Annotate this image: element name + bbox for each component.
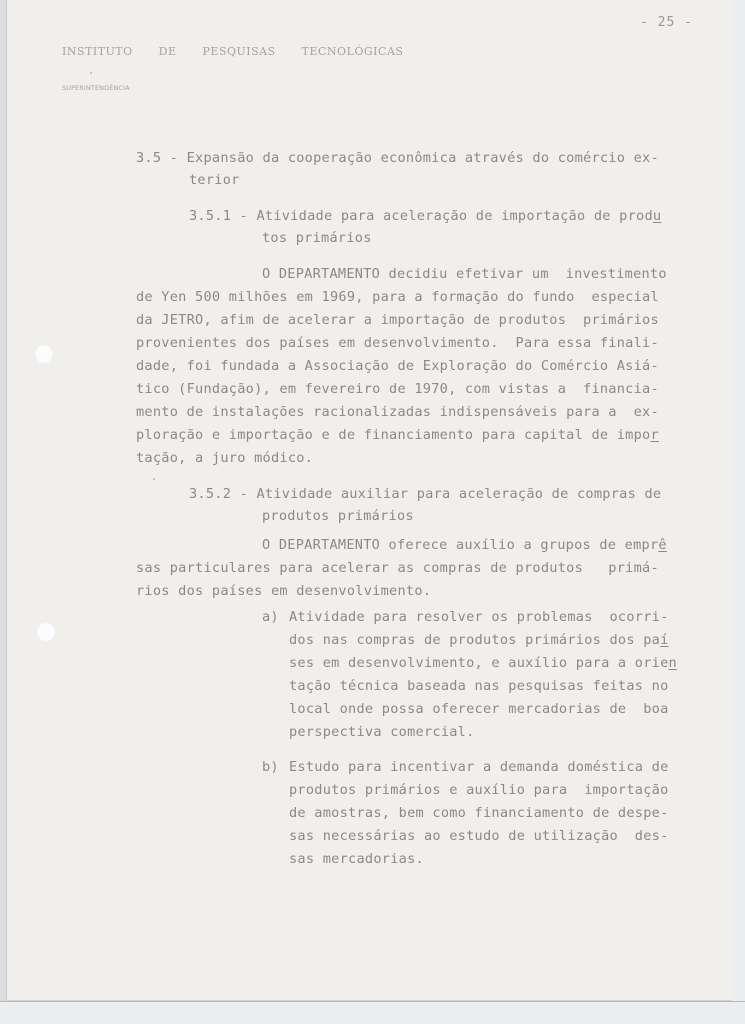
paragraph-line: O DEPARTAMENTO decidiu efetivar um inves…: [262, 266, 667, 282]
scan-edge-left: [0, 0, 7, 1024]
list-item-b-line: produtos primários e auxílio para import…: [289, 782, 669, 798]
page-number: - 25 -: [640, 15, 693, 30]
list-item-b-line: Estudo para incentivar a demanda domésti…: [289, 759, 669, 775]
list-item-a-line: dos nas compras de produtos primários do…: [289, 632, 669, 648]
letterhead-subtitle: SUPERINTENDÊNCIA: [62, 84, 130, 92]
punch-hole-bottom: [36, 622, 56, 642]
list-item-b-line: de amostras, bem como financiamento de d…: [289, 805, 669, 821]
stray-mark: [153, 478, 155, 480]
list-item-a-line: perspectiva comercial.: [289, 724, 475, 740]
paragraph-line: ploração e importação e de financiamento…: [136, 427, 659, 443]
letterhead-word: PESQUISAS: [203, 45, 276, 58]
list-item-b-line: sas necessárias ao estudo de utilização …: [289, 828, 669, 844]
letterhead-title: INSTITUTO DE PESQUISAS TECNOLÓGICAS: [62, 45, 425, 58]
section-3-5-1-heading: 3.5.1 - Atividade para aceleração de imp…: [189, 208, 661, 224]
stray-mark: [90, 72, 92, 74]
paragraph-text: ploração e importação e de financiamento…: [136, 427, 650, 443]
section-3-5-heading-cont: terior: [189, 172, 240, 188]
letterhead-word: DE: [159, 45, 177, 58]
paragraph-line: provenientes dos países em desenvolvimen…: [136, 335, 659, 351]
paragraph-line: dade, foi fundada a Associação de Explor…: [136, 358, 659, 374]
paragraph-line: rios dos países em desenvolvimento.: [136, 583, 431, 599]
letterhead-word: INSTITUTO: [62, 45, 133, 58]
paragraph-line: mento de instalações racionalizadas indi…: [136, 404, 659, 420]
scan-edge-right: [732, 0, 745, 1024]
list-item-text: dos nas compras de produtos primários do…: [289, 632, 660, 648]
scan-edge-bottom: [0, 1001, 745, 1024]
list-item-a-line: tação técnica baseada nas pesquisas feit…: [289, 678, 669, 694]
paragraph-line: tação, a juro módico.: [136, 450, 313, 466]
section-3-5-2-heading-cont: produtos primários: [262, 508, 414, 524]
underlined-char: u: [653, 208, 661, 224]
paragraph-text: O DEPARTAMENTO oferece auxílio a grupos …: [262, 537, 658, 553]
paragraph-line: O DEPARTAMENTO oferece auxílio a grupos …: [262, 537, 667, 553]
punch-hole-top: [34, 344, 54, 364]
heading-text: 3.5.1 - Atividade para aceleração de imp…: [189, 208, 653, 224]
list-item-text: ses em desenvolvimento, e auxílio para a…: [289, 655, 669, 671]
list-item-a-line: local onde possa oferecer mercadorias de…: [289, 701, 669, 717]
paragraph-line: sas particulares para acelerar as compra…: [136, 560, 659, 576]
list-item-a-marker: a): [262, 609, 279, 625]
letterhead-word: TECNOLÓGICAS: [302, 45, 404, 58]
section-3-5-2-heading: 3.5.2 - Atividade auxiliar para aceleraç…: [189, 486, 661, 502]
list-item-b-line: sas mercadorias.: [289, 851, 424, 867]
underlined-char: n: [669, 655, 677, 671]
section-3-5-heading: 3.5 - Expansão da cooperação econômica a…: [136, 150, 659, 166]
underlined-char: í: [660, 632, 668, 648]
section-3-5-1-heading-cont: tos primários: [262, 230, 372, 246]
paragraph-line: de Yen 500 milhões em 1969, para a forma…: [136, 289, 659, 305]
list-item-a-line: ses em desenvolvimento, e auxílio para a…: [289, 655, 677, 671]
underlined-char: r: [650, 427, 658, 443]
list-item-b-marker: b): [262, 759, 279, 775]
paragraph-line: tico (Fundação), em fevereiro de 1970, c…: [136, 381, 659, 397]
list-item-a-line: Atividade para resolver os problemas oco…: [289, 609, 669, 625]
underlined-char: ê: [658, 537, 666, 553]
paragraph-line: da JETRO, afim de acelerar a importação …: [136, 312, 659, 328]
